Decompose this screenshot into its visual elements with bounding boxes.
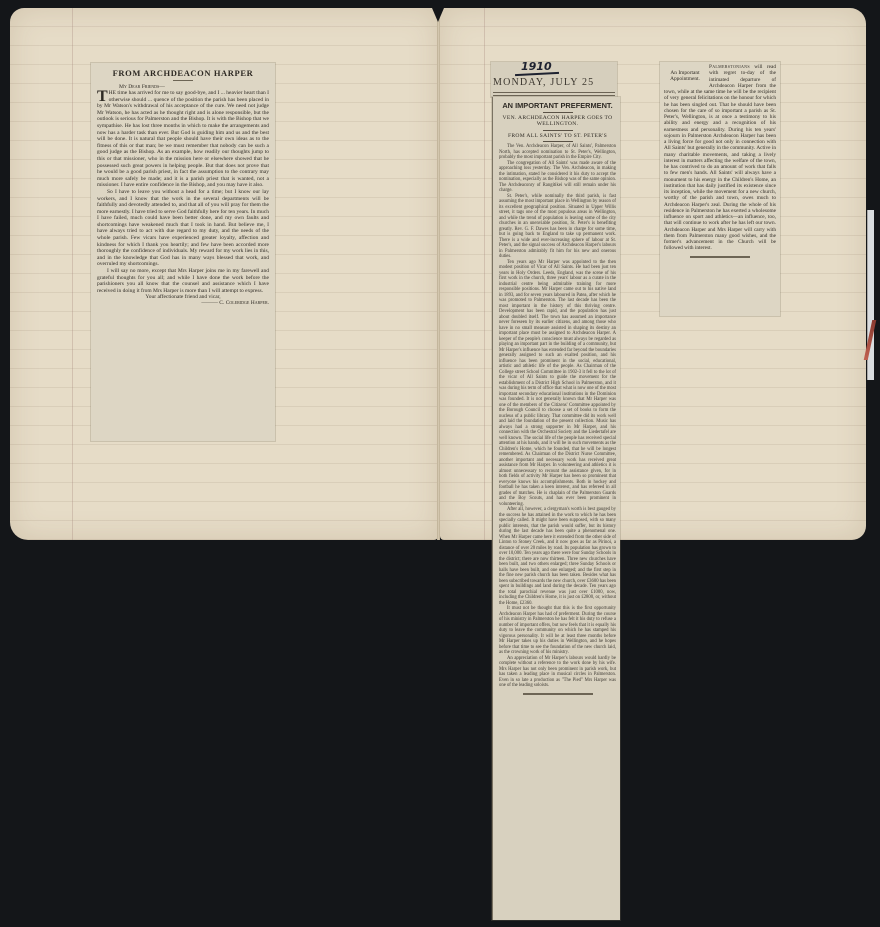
- letter-paragraph: HE time has arrived for me to say good-b…: [97, 90, 269, 188]
- article-paragraph: It must not be thought that this is the …: [499, 606, 616, 656]
- editorial-text: will read with regret to-day of the inti…: [664, 64, 776, 251]
- article-subhead: VEN. ARCHDEACON HARPER GOES TO WELLINGTO…: [499, 115, 616, 128]
- handwritten-year: 1910: [521, 60, 552, 73]
- masthead-rule: [493, 92, 615, 96]
- page-margin-line: [72, 8, 73, 540]
- book-spine: [437, 8, 440, 540]
- spine-notch: [432, 8, 444, 22]
- article-subhead: FROM ALL SAINTS' TO ST. PETER'S: [499, 133, 616, 139]
- article-clipping: AN IMPORTANT PREFERMENT. VEN. ARCHDEACON…: [492, 97, 620, 920]
- letter-paragraph: I will say no more, except that Mrs Harp…: [97, 268, 269, 294]
- editorial-clipping: Palmerstonians An Important Appointment.…: [660, 62, 780, 316]
- letter-clipping: FROM ARCHDEACON HARPER My Dear Friends— …: [91, 63, 275, 441]
- letter-signature: ——— C. Coleridge Harper.: [97, 300, 269, 306]
- editorial-end-rule: [690, 256, 750, 258]
- article-paragraph: The Ven. Archdeacon Harper, of All Saint…: [499, 144, 616, 161]
- page-margin-line: [484, 8, 485, 540]
- subhead-rule: [543, 141, 573, 142]
- letter-body: THE time has arrived for me to say good-…: [97, 90, 269, 294]
- article-paragraph: Ten years ago Mr Harper was appointed to…: [499, 260, 616, 508]
- article-end-rule: [523, 693, 593, 695]
- newspaper-date: MONDAY, JULY 25: [493, 77, 615, 88]
- subhead-rule: [543, 130, 573, 131]
- editorial-side-heading: An Important Appointment.: [664, 70, 706, 82]
- drop-cap: T: [97, 90, 108, 103]
- letter-title: FROM ARCHDEACON HARPER: [97, 68, 269, 78]
- article-paragraph: The congregation of All Saints' was made…: [499, 161, 616, 194]
- headline-rule: [543, 112, 573, 113]
- letter-paragraph: So I have to leave you without a head fo…: [97, 189, 269, 268]
- article-body: The Ven. Archdeacon Harper, of All Saint…: [499, 144, 616, 689]
- editorial-body: Palmerstonians An Important Appointment.…: [664, 64, 776, 252]
- title-rule: [173, 80, 193, 81]
- article-headline: AN IMPORTANT PREFERMENT.: [499, 101, 616, 110]
- article-paragraph: St. Peter's, while nominally the third p…: [499, 194, 616, 260]
- article-paragraph: After all, however, a clergyman's worth …: [499, 507, 616, 606]
- masthead-clipping: 1910 MONDAY, JULY 25: [491, 62, 617, 97]
- article-paragraph: An appreciation of Mr Harper's labours w…: [499, 656, 616, 689]
